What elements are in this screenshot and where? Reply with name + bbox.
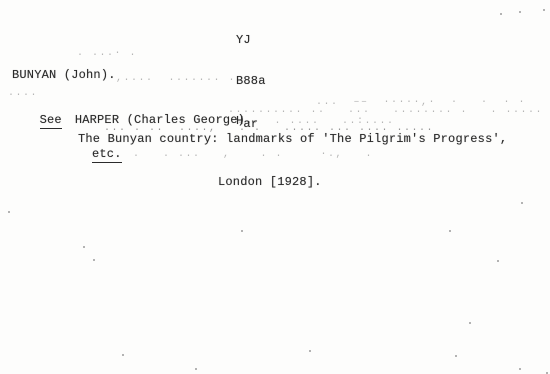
scan-speck <box>521 202 523 204</box>
see-label: See <box>40 113 62 129</box>
title-etc: etc. <box>92 148 122 161</box>
scan-speck <box>455 355 457 357</box>
catalog-card: . ...· . ,.... ....... . .... ... –– ···… <box>0 0 550 374</box>
imprint-line: London [1928]. <box>218 176 322 189</box>
main-heading: BUNYAN (John). <box>12 69 116 82</box>
title-line: The Bunyan country: landmarks of 'The Pi… <box>78 133 507 146</box>
scan-speck <box>8 211 10 213</box>
scan-speck <box>93 259 95 261</box>
scan-artifact-left-margin: .... <box>8 89 38 99</box>
scan-speck <box>500 13 502 15</box>
scan-speck <box>122 354 124 356</box>
call-number-line2: B88a <box>236 75 266 89</box>
scan-speck <box>543 9 545 11</box>
call-number-line1: YJ <box>236 34 266 48</box>
title-etc-text: etc. <box>92 147 122 163</box>
see-reference-target: HARPER (Charles George). <box>75 113 253 127</box>
scan-speck <box>83 246 85 248</box>
scan-artifact-row2: .......... .. ... ........ . . ..... . , <box>228 106 550 116</box>
scan-speck <box>497 260 499 262</box>
scan-speck <box>469 322 471 324</box>
scan-speck <box>241 230 243 232</box>
scan-speck <box>519 368 521 370</box>
scan-speck <box>519 11 521 13</box>
scan-speck <box>449 230 451 232</box>
scan-artifact-after-heading: ,.... ....... . <box>116 74 236 84</box>
scan-speck <box>309 350 311 352</box>
scan-artifact-above-heading: . ...· . <box>77 49 137 59</box>
scan-speck <box>195 368 197 370</box>
